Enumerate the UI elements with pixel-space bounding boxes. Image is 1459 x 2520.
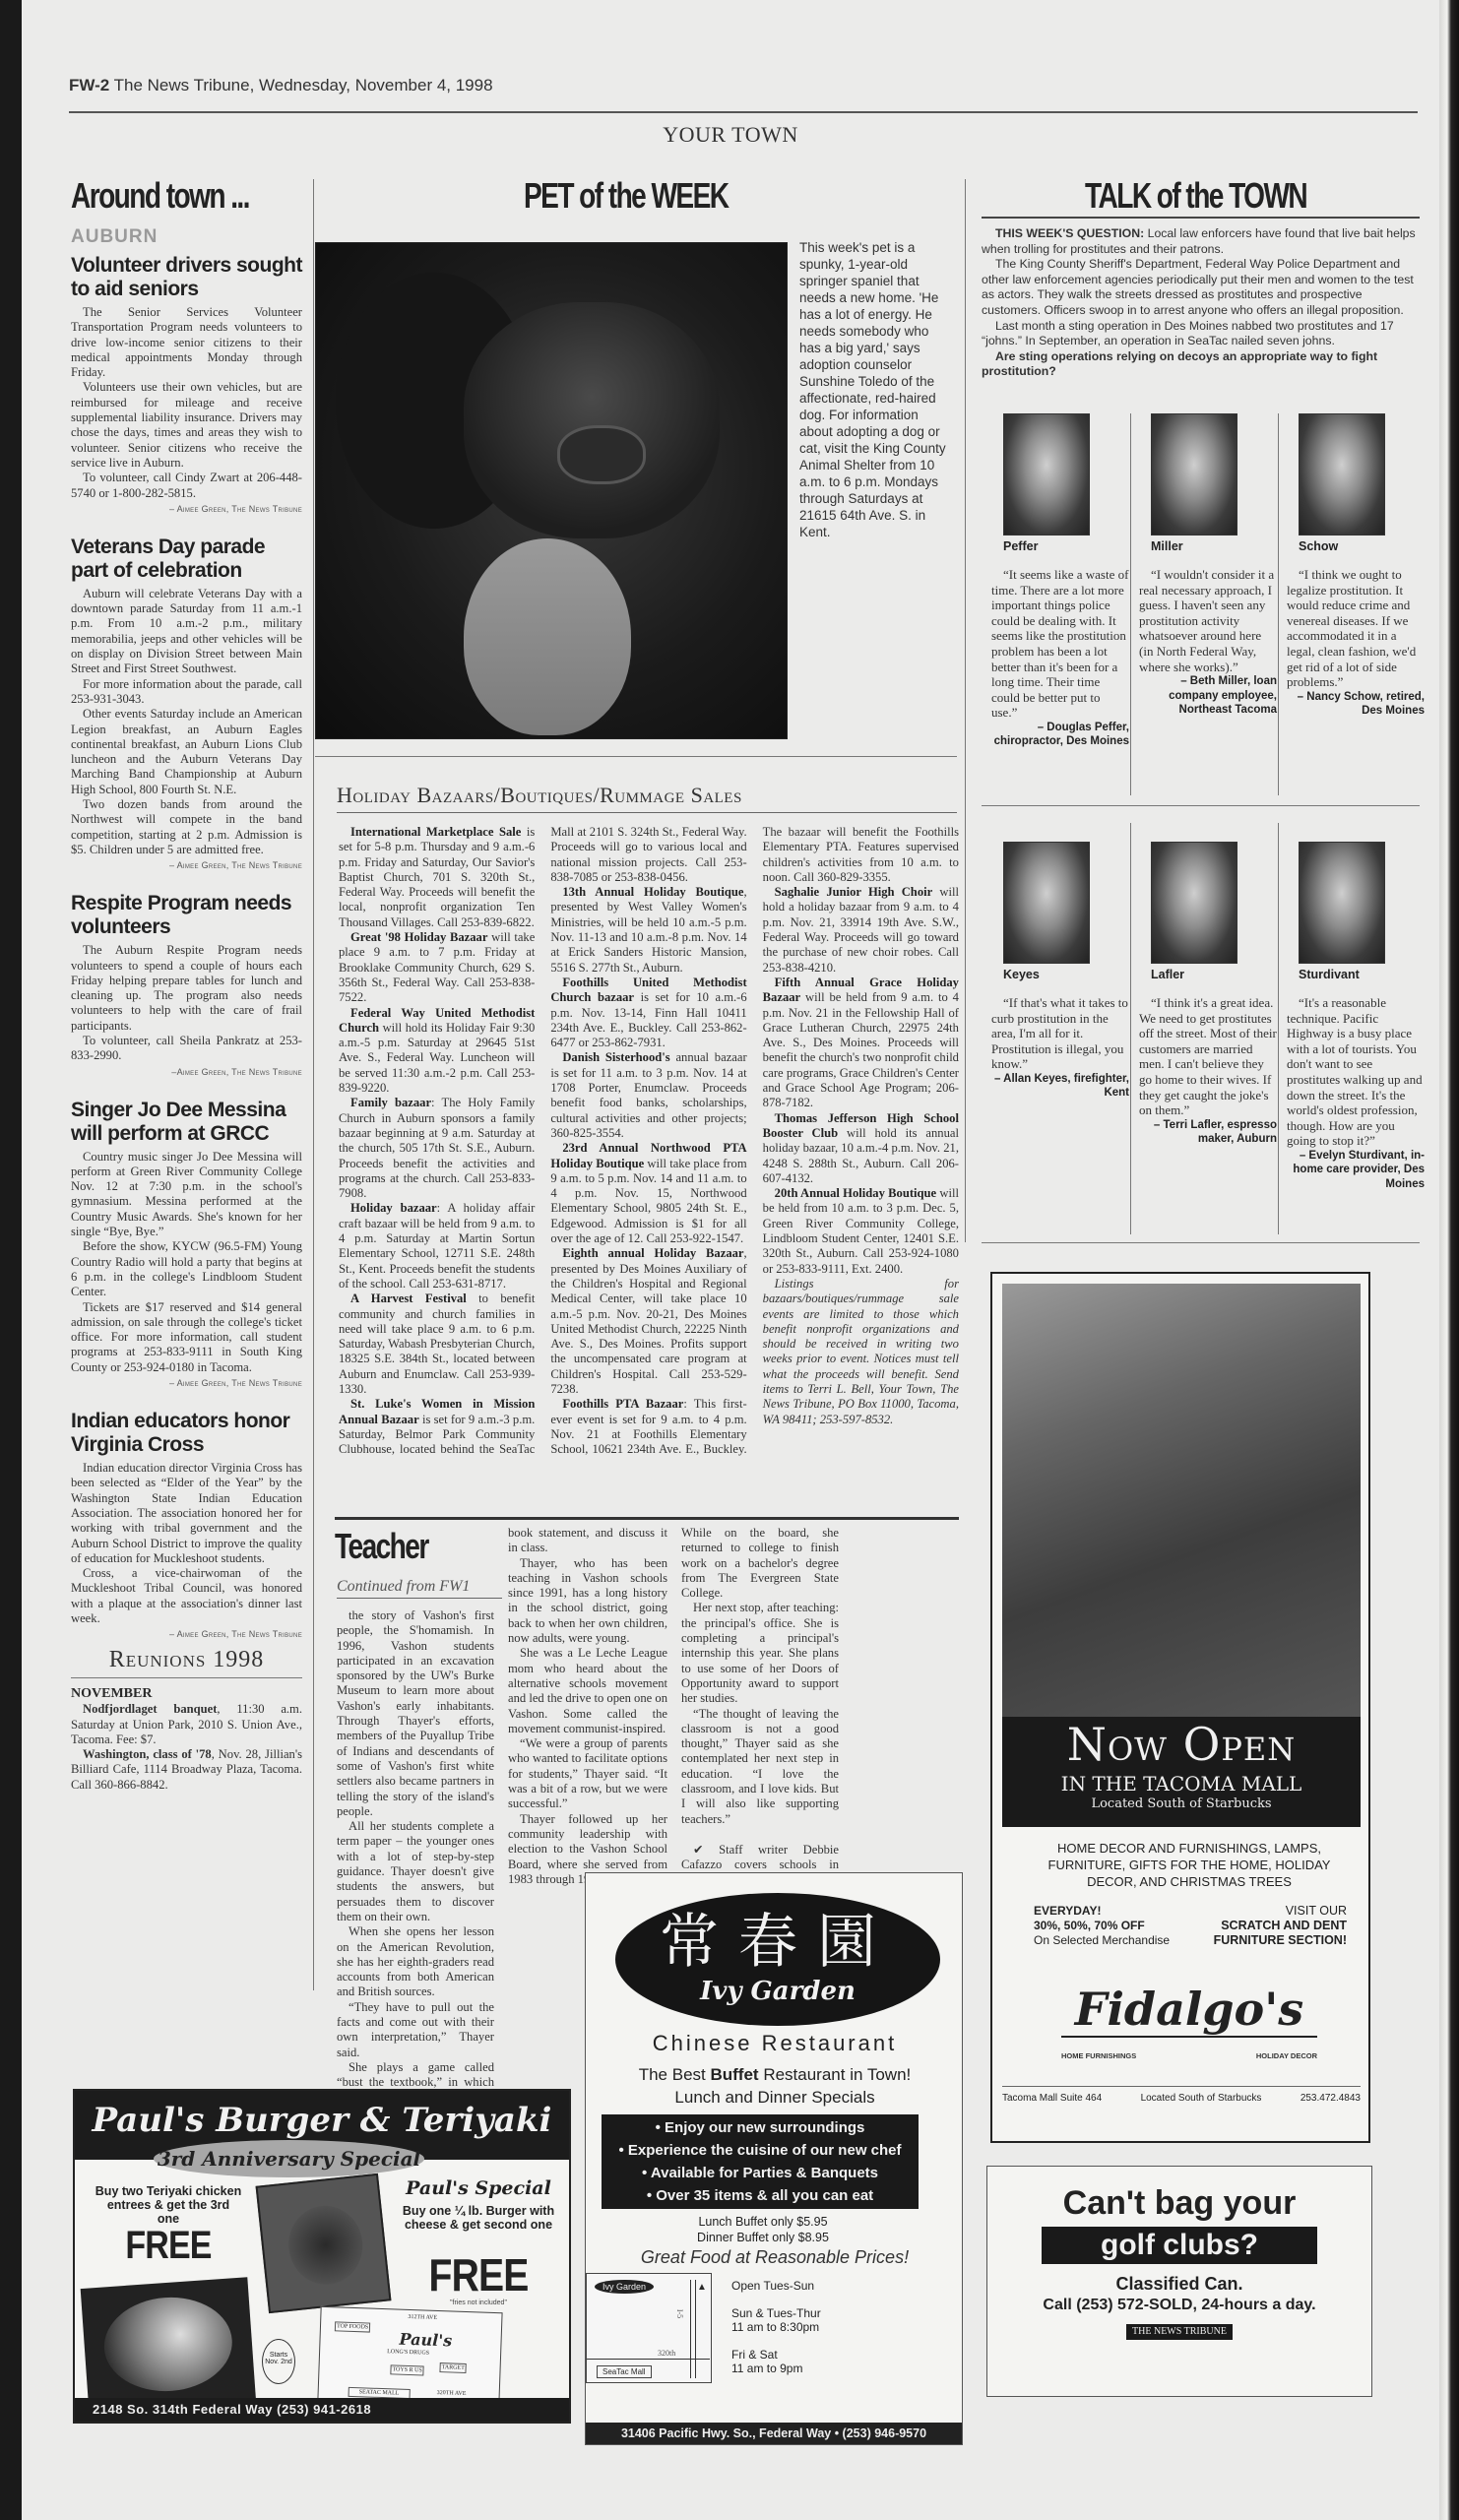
paragraph: “They have to pull out the facts and com… [337,2000,494,2060]
paragraph: Cross, a vice-chairwoman of the Mucklesh… [71,1566,302,1626]
teriyaki-plate-photo [81,2277,257,2417]
respondent-attribution: – Terri Lafler, espresso maker, Auburn [1139,1118,1277,1147]
ad-classified[interactable]: Can't bag your golf clubs? Classified Ca… [986,2166,1372,2397]
respondent-attribution: – Nancy Schow, retired, Des Moines [1287,690,1425,719]
ad-fidalgos[interactable]: Now Open IN THE TACOMA MALL Located Sout… [990,1272,1370,2143]
portrait-photo [1003,413,1090,535]
column-divider [1130,823,1131,1234]
discount-note: On Selected Merchandise [1034,1933,1201,1948]
bazaar-item: Thomas Jefferson High School Booster Clu… [763,1111,959,1186]
dog-tongue-shape [464,538,631,735]
bazaar-details: will be held from 9 a.m. to 4 p.m. Nov. … [763,990,959,1109]
paragraph: Indian education director Virginia Cross… [71,1461,302,1566]
respondent-attribution: – Evelyn Sturdivant, in-home care provid… [1287,1149,1425,1192]
map-road [587,2359,710,2360]
portrait-photo [1003,842,1090,964]
reunion-item: Washington, class of '78, Nov. 28, Jilli… [71,1747,302,1793]
bazaar-name: Family bazaar [350,1096,431,1109]
respondent-attribution: – Douglas Peffer, chiropractor, Des Moin… [991,721,1129,749]
column-divider [1278,823,1279,1234]
section-label: YOUR TOWN [22,122,1439,148]
tagline-pre: The Best [639,2065,711,2084]
bazaar-item: Holiday bazaar: A holiday affair craft b… [339,1201,535,1291]
bazaar-name: Danish Sisterhood's [562,1050,669,1064]
column-divider [1278,413,1279,795]
paragraph: To volunteer, call Cindy Zwart at 206-44… [71,471,302,501]
map-label: 312TH AVE [408,2314,437,2321]
hours-days-1: Sun & Tues-Thur [731,2306,821,2320]
story-respite-program: Respite Program needs volunteers The Aub… [71,892,302,1076]
visit-label: VISIT OUR [1199,1904,1347,1919]
around-town-column: AUBURN Volunteer drivers sought to aid s… [71,226,302,1793]
burger-shape [285,2202,366,2288]
bazaar-details: : The Holy Family Church in Auburn spons… [339,1096,535,1200]
top-rule [69,111,1418,113]
reunions-section: Reunions 1998 NOVEMBER Nodfjordlaget ban… [71,1647,302,1793]
burger-offer: Buy one ¼ lb. Burger with cheese & get s… [390,2204,567,2232]
respondent-quote: “If that's what it takes to curb prostit… [991,995,1129,1072]
paragraph: the story of Vashon's first people, the … [337,1608,494,1819]
everyday-label: EVERYDAY! [1034,1904,1201,1919]
bazaar-note: Listings for bazaars/boutiques/rummage s… [763,1277,959,1427]
ad-ivy-garden[interactable]: 常春園 Ivy Garden Chinese Restaurant The Be… [585,1872,963,2445]
teacher-col-1: the story of Vashon's first people, the … [337,1608,494,2135]
map-seatac-label: SeaTac Mall [597,2365,652,2378]
map-label: TOYS R US [390,2364,424,2375]
now-open-banner: Now Open IN THE TACOMA MALL Located Sout… [1002,1717,1361,1827]
intro-paragraph: The King County Sheriff's Department, Fe… [982,257,1425,318]
fidalgos-logo: Fidalgo's [1061,1983,1317,2038]
feature-bullet: • Enjoy our new surroundings [602,2116,919,2139]
teacher-col-3: While on the board, she returned to coll… [681,1526,839,1918]
row-divider [982,805,1420,806]
bazaar-item: Fifth Annual Grace Holiday Bazaar will b… [763,976,959,1111]
teacher-col-2: book statement, and discuss it in class.… [508,1526,667,1887]
buffet-prices: Lunch Buffet only $5.95 Dinner Buffet on… [586,2214,940,2245]
sublocation-text: Located South of Starbucks [1002,1795,1361,1813]
paragraph: Other events Saturday include an America… [71,707,302,797]
story-body: Country music singer Jo Dee Messina will… [71,1150,302,1375]
starts-date-oval: Starts Nov. 2nd [262,2339,295,2384]
ivy-footer: 31406 Pacific Hwy. So., Federal Way • (2… [586,2423,962,2444]
continued-from-label: Continued from FW1 [337,1578,502,1599]
story-virginia-cross: Indian educators honor Virginia Cross In… [71,1410,302,1639]
product-list: HOME DECOR AND FURNISHINGS, LAMPS, FURNI… [1032,1840,1347,1890]
byline-credit: – Aimee Green, The News Tribune [71,1629,302,1639]
paragraph: All her students complete a term paper –… [337,1819,494,1924]
story-body: Indian education director Virginia Cross… [71,1461,302,1626]
hours-time-2: 11 am to 9pm [731,2362,821,2375]
furniture-photo [1002,1284,1361,1717]
story-headline: Volunteer drivers sought to aid seniors [71,254,302,301]
bazaar-item: Federal Way United Methodist Church will… [339,1006,535,1097]
paragraph: Her next stop, after teaching: the princ… [681,1601,839,1706]
response-keyes: Keyes “If that's what it takes to curb p… [991,842,1129,1101]
portrait-photo [1299,842,1385,964]
bazaar-note-text: Listings for bazaars/boutiques/rummage s… [763,1277,959,1426]
reunion-name: Washington, class of '78 [83,1747,212,1761]
restaurant-type: Chinese Restaurant [586,2031,963,2056]
respondent-quote: “I wouldn't consider it a real necessary… [1139,567,1277,674]
map-road [695,2280,696,2378]
respondent-name: Lafler [1151,968,1277,981]
bazaar-bottom-rule [335,1517,959,1520]
dinner-price: Dinner Buffet only $8.95 [586,2230,940,2245]
specials-line: Lunch and Dinner Specials [586,2088,963,2108]
reunion-name: Nodfjordlaget banquet [83,1702,217,1716]
bazaar-item: Danish Sisterhood's annual bazaar is set… [550,1050,746,1141]
classified-line2: golf clubs? [1042,2227,1317,2264]
byline-credit: – Aimee Green, The News Tribune [71,860,302,870]
page-id: FW-2 [69,76,109,94]
story-volunteer-drivers: Volunteer drivers sought to aid seniors … [71,254,302,514]
respondent-name: Miller [1151,539,1277,553]
column-divider [313,179,314,1990]
map-label: TOP FOODS [335,2321,371,2332]
bazaars-title: Holiday Bazaars/Boutiques/Rummage Sales [337,783,957,813]
pet-caption: This week's pet is a spunky, 1-year-old … [799,239,947,540]
story-veterans-day: Veterans Day parade part of celebration … [71,535,302,870]
paragraph: Tickets are $17 reserved and $14 general… [71,1300,302,1375]
slogan: Great Food at Reasonable Prices! [586,2247,963,2268]
springer-spaniel-photo [315,242,788,739]
response-miller: Miller “I wouldn't consider it a real ne… [1139,413,1277,718]
bazaar-item: Great '98 Holiday Bazaar will take place… [339,930,535,1005]
byline-credit: – Aimee Green, The News Tribune [71,1378,302,1388]
column-divider [1130,413,1131,795]
ad-pauls-burger[interactable]: Paul's Burger & Teriyaki 3rd Anniversary… [73,2089,571,2424]
map-label: LONG'S DRUGS [387,2349,429,2356]
lunch-price: Lunch Buffet only $5.95 [586,2214,940,2230]
anniversary-oval: 3rd Anniversary Special [154,2140,424,2177]
respondent-attribution: – Allan Keyes, firefighter, Kent [991,1072,1129,1101]
respondent-attribution: – Beth Miller, loan company employee, No… [1139,674,1277,718]
paragraph: Thayer, who has been teaching in Vashon … [508,1556,667,1647]
teriyaki-offer: Buy two Teriyaki chicken entrees & get t… [95,2184,242,2226]
row-divider [982,1242,1420,1243]
talk-title-rule [982,217,1420,219]
kicker-auburn: AUBURN [71,226,302,248]
pet-bottom-rule [315,756,957,757]
discount-block: EVERYDAY! 30%, 50%, 70% OFF On Selected … [1034,1904,1201,1948]
location-map: Ivy Garden I-5 320th SeaTac Mall ▲ [586,2273,712,2383]
response-sturdivant: Sturdivant “It's a reasonable technique.… [1287,842,1425,1191]
question-text: Are sting operations relying on decoys a… [982,349,1425,380]
respondent-name: Keyes [1003,968,1129,981]
respondent-name: Peffer [1003,539,1129,553]
paragraph: Auburn will celebrate Veterans Day with … [71,587,302,677]
story-body: Auburn will celebrate Veterans Day with … [71,587,302,857]
story-jo-dee-messina: Singer Jo Dee Messina will perform at GR… [71,1099,302,1388]
bazaar-item: Foothills United Methodist Church bazaar… [550,976,746,1050]
map-road [690,2280,691,2378]
pauls-location-map: 312TH AVE TOP FOODS Paul's LONG'S DRUGS … [317,2306,502,2406]
classified-line3: Classified Can. [987,2274,1371,2295]
pet-of-week-title: PET of the WEEK [524,175,728,217]
talk-of-town-title: TALK of the TOWN [1085,175,1306,217]
tagline-bold: Buffet [710,2065,758,2084]
respondent-name: Schow [1299,539,1425,553]
free-label-left: FREE [114,2224,223,2268]
brand-left: HOME FURNISHINGS [1061,2051,1136,2060]
paragraph: When she opens her lesson on the America… [337,1924,494,1999]
burger-photo [256,2173,392,2313]
scratch-dent-block: VISIT OUR SCRATCH AND DENT FURNITURE SEC… [1199,1904,1347,1948]
suite: Tacoma Mall Suite 464 [1002,2093,1102,2104]
map-pauls-label: Paul's [399,2330,452,2351]
bazaar-details: to benefit community and church families… [339,1291,535,1396]
plate-shape [101,2294,235,2396]
story-headline: Singer Jo Dee Messina will perform at GR… [71,1099,302,1146]
question-paragraph: THIS WEEK'S QUESTION: Local law enforcer… [982,226,1425,257]
portrait-photo [1299,413,1385,535]
bazaar-name: Eighth annual Holiday Bazaar [562,1246,743,1260]
story-body: The Auburn Respite Program needs volunte… [71,943,302,1063]
story-headline: Respite Program needs volunteers [71,892,302,939]
paragraph: While on the board, she returned to coll… [681,1526,839,1601]
respondent-quote: “I think it's a great idea. We need to g… [1139,995,1277,1118]
bazaar-item: Family bazaar: The Holy Family Church in… [339,1096,535,1201]
bazaar-item: A Harvest Festival to benefit community … [339,1291,535,1397]
paragraph: For more information about the parade, c… [71,677,302,708]
paragraph: Volunteers use their own vehicles, but a… [71,380,302,471]
bazaar-item: Eighth annual Holiday Bazaar, presented … [550,1246,746,1397]
bazaar-name: 20th Annual Holiday Boutique [775,1186,936,1200]
paragraph: Before the show, KYCW (96.5-FM) Young Co… [71,1239,302,1299]
tagline-post: Restaurant in Town! [759,2065,912,2084]
fidalgos-footer: Tacoma Mall Suite 464 Located South of S… [1002,2086,1361,2104]
hours-days-2: Fri & Sat [731,2348,821,2362]
paragraph: The Senior Services Volunteer Transporta… [71,305,302,380]
best-buffet-line: The Best Buffet Restaurant in Town! [586,2065,963,2085]
now-open-text: Now Open [1002,1717,1361,1772]
hours-block: Open Tues-Sun Sun & Tues-Thur 11 am to 8… [731,2279,821,2375]
map-320th-label: 320th [658,2349,675,2358]
bazaar-details: is set for 5-8 p.m. Thursday and 9 a.m.-… [339,825,535,929]
byline-credit: – Aimee Green, The News Tribune [71,504,302,514]
pauls-footer: 2148 So. 314th Federal Way (253) 941-261… [75,2398,569,2422]
paragraph: “We were a group of parents who wanted t… [508,1736,667,1811]
classified-line1: Can't bag your [987,2184,1371,2223]
location-text: IN THE TACOMA MALL [1002,1772,1361,1795]
restaurant-name: Ivy Garden [615,1977,940,2006]
response-schow: Schow “I think we ought to legalize pros… [1287,413,1425,719]
bazaar-item: 13th Annual Holiday Boutique, presented … [550,885,746,976]
bazaar-name: Foothills PTA Bazaar [562,1397,683,1411]
column-divider [965,179,966,1242]
around-town-title: Around town ... [71,175,249,217]
reunions-list: Nodfjordlaget banquet, 11:30 a.m. Saturd… [71,1702,302,1793]
bazaar-name: 13th Annual Holiday Boutique [562,885,743,899]
map-label: TARGET [439,2362,467,2373]
bazaar-item: 23rd Annual Northwood PTA Holiday Boutiq… [550,1141,746,1246]
map-ivy-label: Ivy Garden [595,2280,654,2294]
bazaar-name: International Marketplace Sale [350,825,521,839]
map-label: 320TH AVE [437,2390,467,2397]
paragraph: “The thought of leaving the classroom is… [681,1707,839,1827]
discount-label: 30%, 50%, 70% OFF [1034,1919,1201,1933]
respondent-name: Sturdivant [1299,968,1425,981]
north-arrow-icon: ▲ [697,2282,707,2293]
free-label-right: FREE [420,2248,538,2301]
talk-intro: THIS WEEK'S QUESTION: Local law enforcer… [982,226,1425,380]
hours-open: Open Tues-Sun [731,2279,821,2293]
reunion-item: Nodfjordlaget banquet, 11:30 a.m. Saturd… [71,1702,302,1747]
paragraph: book statement, and discuss it in class. [508,1526,667,1556]
bazaar-item: International Marketplace Sale is set fo… [339,825,535,930]
page-edge-shadow [1439,0,1459,2520]
chinese-characters: 常春園 [615,1895,940,1980]
feature-bullet: • Available for Parties & Banquets [602,2162,919,2184]
intro-paragraph: Last month a sting operation in Des Moin… [982,319,1425,349]
response-peffer: Peffer “It seems like a waste of time. T… [991,413,1129,749]
bazaars-listings: International Marketplace Sale is set fo… [339,825,959,1514]
paragraph: To volunteer, call Sheila Pankratz at 25… [71,1034,302,1064]
brand-right: HOLIDAY DECOR [1256,2051,1317,2060]
paragraph: The Auburn Respite Program needs volunte… [71,943,302,1034]
bazaar-name: Saghalie Junior High Choir [775,885,933,899]
hours-time-1: 11 am to 8:30pm [731,2320,821,2334]
dog-face-shape [464,302,720,538]
classified-line4: Call (253) 572-SOLD, 24-hours a day. [987,2297,1371,2314]
bazaar-name: A Harvest Festival [350,1291,467,1305]
story-headline: Veterans Day parade part of celebration [71,535,302,583]
features-box: • Enjoy our new surroundings • Experienc… [602,2114,919,2209]
fries-note: "fries not included" [410,2299,547,2306]
logo-subtitle: HOME FURNISHINGS HOLIDAY DECOR [1061,2051,1317,2060]
feature-bullet: • Experience the cuisine of our new chef [602,2139,919,2162]
newspaper-page: FW-2 The News Tribune, Wednesday, Novemb… [22,0,1439,2520]
bazaar-name: Great '98 Holiday Bazaar [350,930,487,944]
reunions-month: NOVEMBER [71,1686,302,1702]
map-i5-label: I-5 [675,2309,684,2318]
feature-bullet: • Over 35 items & all you can eat [602,2184,919,2207]
paragraph: Country music singer Jo Dee Messina will… [71,1150,302,1240]
dog-nose-shape [557,425,646,484]
byline-credit: –Aimee Green, The News Tribune [71,1067,302,1077]
bazaar-item: 20th Annual Holiday Boutique will be hel… [763,1186,959,1277]
scratch-label: SCRATCH AND DENT FURNITURE SECTION! [1199,1919,1347,1948]
phone: 253.472.4843 [1300,2093,1361,2104]
bazaar-name: Holiday bazaar [350,1201,437,1215]
respondent-quote: “It's a reasonable technique. Pacific Hi… [1287,995,1425,1149]
portrait-photo [1151,413,1237,535]
paragraph: She was a Le Leche League mom who heard … [508,1646,667,1736]
pauls-special-title: Paul's Special [390,2177,567,2199]
response-lafler: Lafler “I think it's a great idea. We ne… [1139,842,1277,1147]
story-headline: Indian educators honor Virginia Cross [71,1410,302,1457]
portrait-photo [1151,842,1237,964]
bazaar-details: , presented by Des Moines Auxiliary of t… [550,1246,746,1396]
teacher-headline: Teacher [335,1526,428,1567]
story-body: The Senior Services Volunteer Transporta… [71,305,302,501]
page-folio: FW-2 The News Tribune, Wednesday, Novemb… [69,76,493,95]
respondent-quote: “I think we ought to legalize prostituti… [1287,567,1425,690]
reunions-title: Reunions 1998 [71,1647,302,1678]
masthead-line: The News Tribune, Wednesday, November 4,… [114,76,493,94]
bazaar-item: Saghalie Junior High Choir will hold a h… [763,885,959,976]
question-label: THIS WEEK'S QUESTION: [995,226,1144,240]
paragraph: Two dozen bands from around the Northwes… [71,797,302,857]
footer-location: Located South of Starbucks [1141,2093,1262,2104]
news-tribune-logo: THE NEWS TRIBUNE [1126,2324,1233,2340]
respondent-quote: “It seems like a waste of time. There ar… [991,567,1129,721]
